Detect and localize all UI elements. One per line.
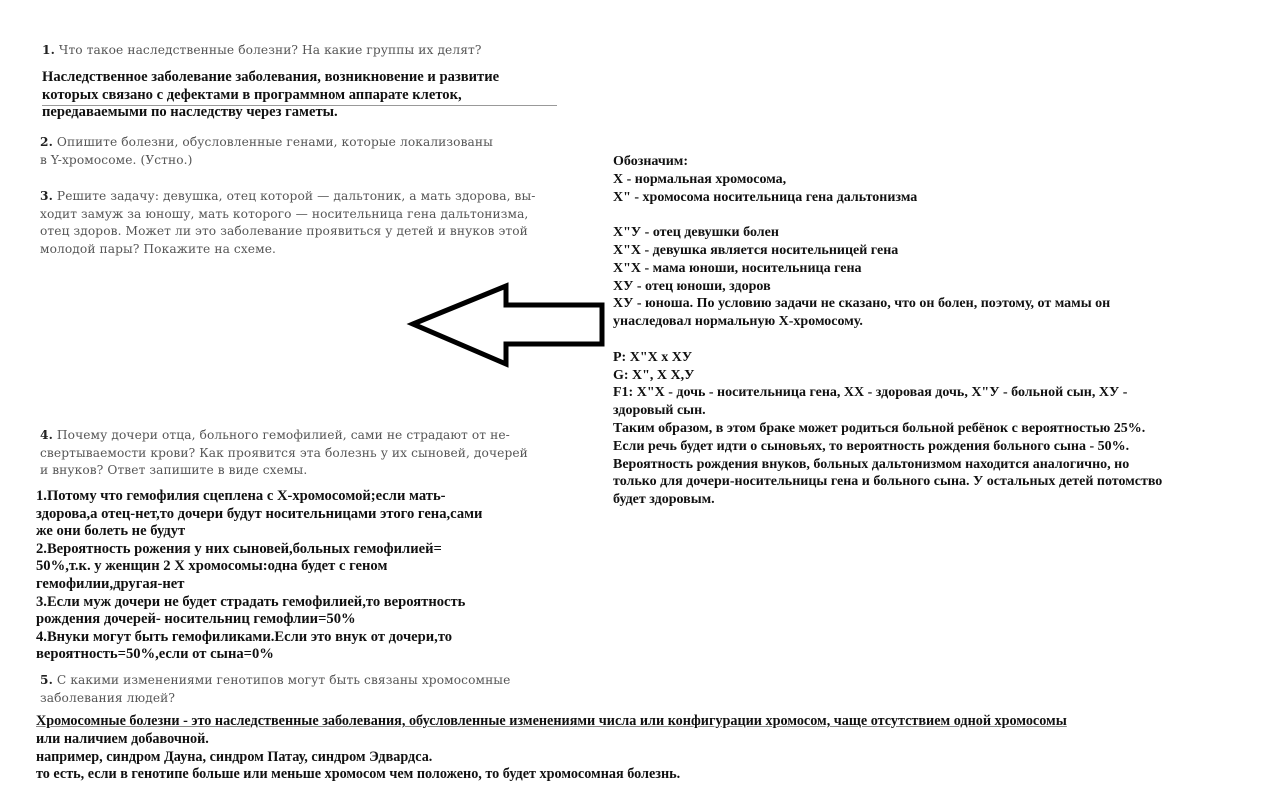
question-number: 5. [40,673,53,687]
genotype-line: Х"У - отец девушки болен [613,224,1263,242]
cross-line: Таким образом, в этом браке может родить… [613,420,1263,438]
answer-line: передаваемыми по наследству через гаметы… [42,104,562,122]
legend-line: Х - нормальная хромосома, [613,171,1263,189]
question-text: молодой пары? Покажите на схеме. [40,241,556,259]
cross-line: F1: Х"Х - дочь - носительница гена, ХХ -… [613,384,1263,402]
answer-line: гемофилии,другая-нет [36,576,576,594]
question-number: 1. [42,43,55,57]
answer-line: 2.Вероятность рожения у них сыновей,боль… [36,541,576,559]
answer-line: 1.Потому что гемофилия сцеплена с Х-хром… [36,488,576,506]
question-text: С какими изменениями генотипов могут быт… [57,673,511,687]
question-text: заболевания людей? [40,690,556,708]
question-text: Почему дочери отца, больного гемофилией,… [57,428,510,442]
answer-line: 3.Если муж дочери не будет страдать гемо… [36,594,576,612]
question-2: 2. Опишите болезни, обусловленные генами… [40,134,556,169]
question-text: Что такое наследственные болезни? На как… [59,43,482,57]
question-text: и внуков? Ответ запишите в виде схемы. [40,462,556,480]
divider-line [42,105,557,106]
cross-line: P: Х"Х х ХУ [613,349,1263,367]
answer-line: то есть, если в генотипе больше или мень… [36,766,1261,784]
answer-line: или наличием добавочной. [36,731,1261,749]
answer-line: рождения дочерей- носительниц гемофлии=5… [36,611,576,629]
question-3: 3. Решите задачу: девушка, отец которой … [40,188,556,258]
answer-4: 1.Потому что гемофилия сцеплена с Х-хром… [36,488,576,664]
answer-line: Наследственное заболевание заболевания, … [42,69,562,87]
answer-line: 4.Внуки могут быть гемофиликами.Если это… [36,629,576,647]
answer-5: Хромосомные болезни - это наследственные… [36,713,1261,784]
question-4: 4. Почему дочери отца, больного гемофили… [40,427,556,480]
answer-line: вероятность=50%,если от сына=0% [36,646,576,664]
cross-line: Вероятность рождения внуков, больных дал… [613,456,1263,474]
question-1: 1. Что такое наследственные болезни? На … [42,42,562,60]
solution-3: Обозначим: Х - нормальная хромосома, Х" … [613,153,1263,509]
arrow-left-outline-icon [405,280,610,372]
question-5: 5. С какими изменениями генотипов могут … [40,672,556,707]
question-number: 4. [40,428,53,442]
genotype-line: ХУ - отец юноши, здоров [613,278,1263,296]
question-text: отец здоров. Может ли это заболевание пр… [40,223,556,241]
answer-line: здорова,а отец-нет,то дочери будут носит… [36,506,576,524]
legend-line: Х" - хромосома носительница гена дальтон… [613,189,1263,207]
answer-line: 50%,т.к. у женщин 2 Х хромосомы:одна буд… [36,558,576,576]
cross-line: Если речь будет идти о сыновьях, то веро… [613,438,1263,456]
genotype-line: Х"Х - девушка является носительницей ген… [613,242,1263,260]
genotype-line: ХУ - юноша. По условию задачи не сказано… [613,295,1263,313]
answer-line: Хромосомные болезни - это наследственные… [36,713,1261,731]
cross-line: будет здоровым. [613,491,1263,509]
question-text: Решите задачу: девушка, отец которой — д… [57,189,536,203]
answer-line: которых связано с дефектами в программно… [42,87,562,105]
cross-line: здоровый сын. [613,402,1263,420]
question-text: Опишите болезни, обусловленные генами, к… [57,135,493,149]
question-number: 2. [40,135,53,149]
legend-title: Обозначим: [613,153,1263,171]
question-number: 3. [40,189,53,203]
cross-line: G: Х", Х Х,У [613,367,1263,385]
answer-line: же они болеть не будут [36,523,576,541]
genotype-line: Х"Х - мама юноши, носительница гена [613,260,1263,278]
question-text: свертываемости крови? Как проявится эта … [40,445,556,463]
genotype-line: унаследовал нормальную Х-хромосому. [613,313,1263,331]
question-text: в Y-хромосоме. (Устно.) [40,152,556,170]
answer-1: Наследственное заболевание заболевания, … [42,69,562,122]
answer-line: например, синдром Дауна, синдром Патау, … [36,749,1261,767]
cross-line: только для дочери-носительницы гена и бо… [613,473,1263,491]
question-text: ходит замуж за юношу, мать которого — но… [40,206,556,224]
